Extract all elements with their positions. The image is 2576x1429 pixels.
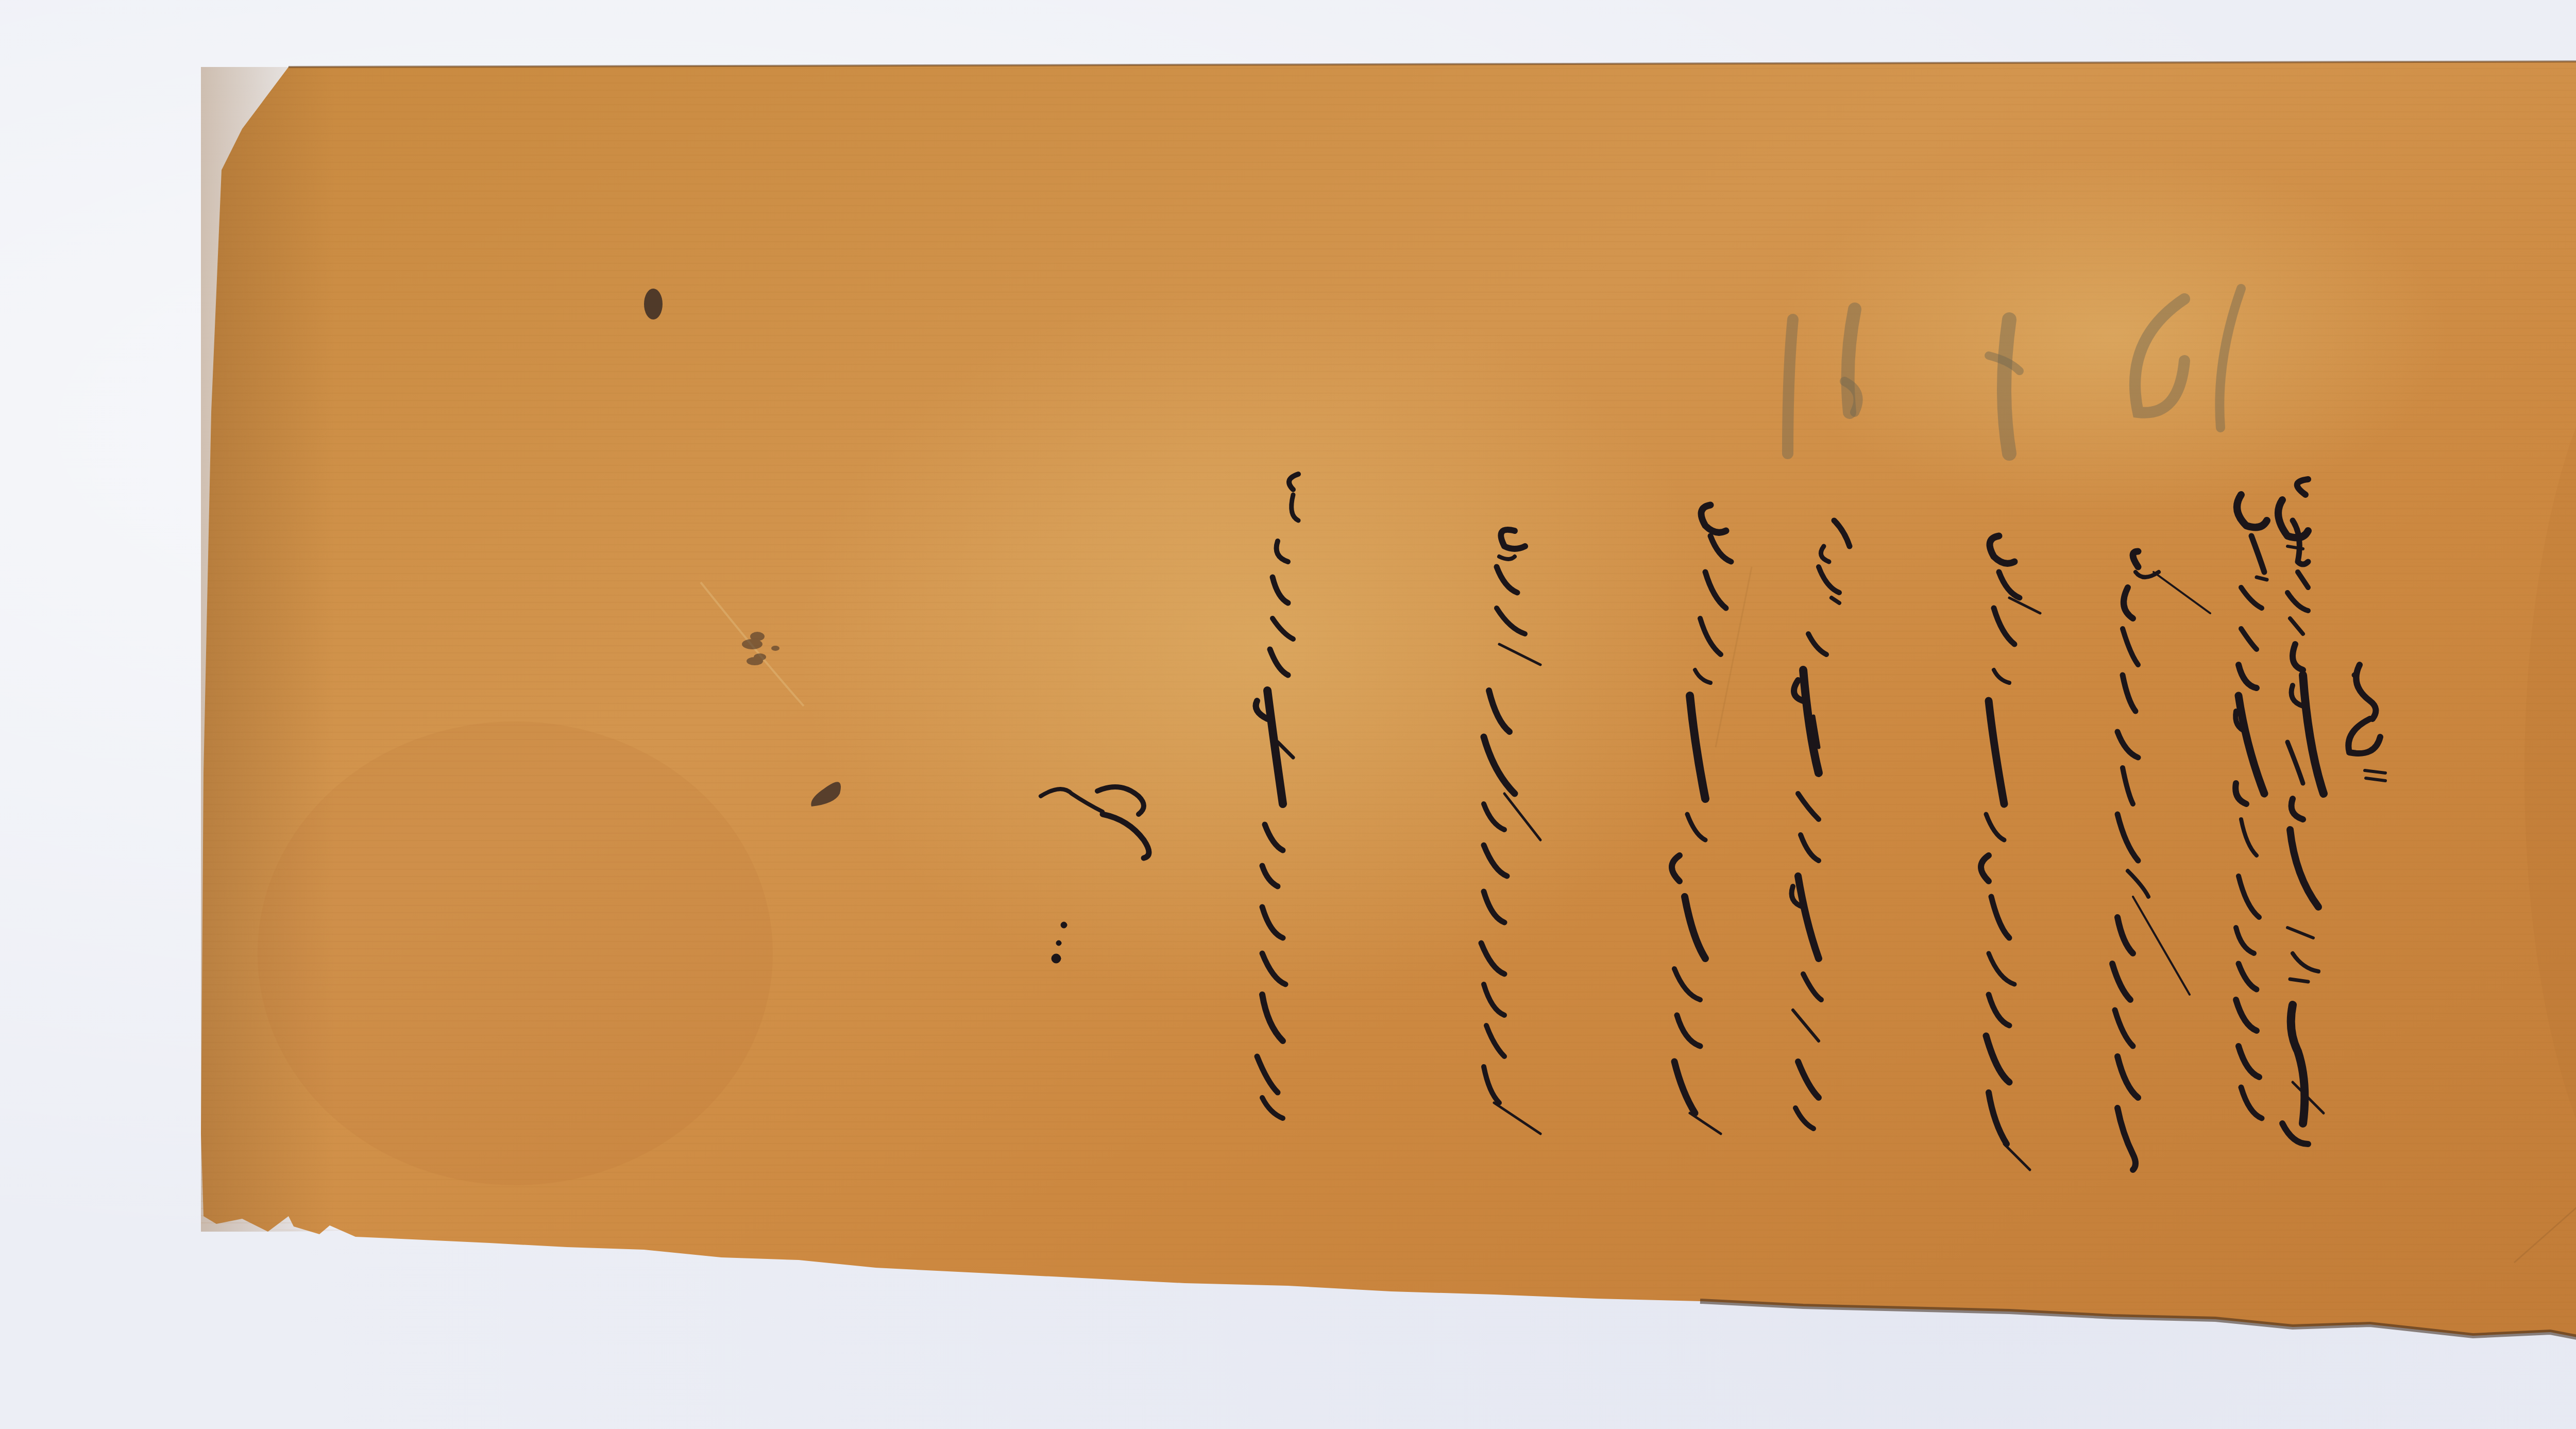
ink-blot-1 bbox=[644, 289, 663, 320]
paper-sheet bbox=[201, 61, 2576, 1353]
manuscript-leaf bbox=[0, 0, 2576, 1429]
